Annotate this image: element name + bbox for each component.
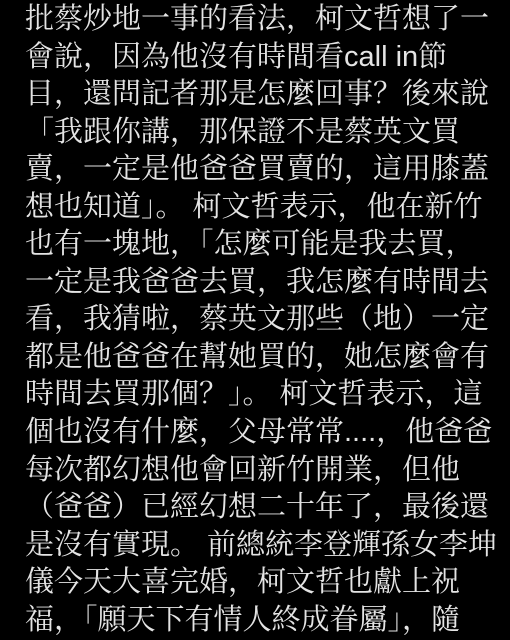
text-line: 「我跟你講，那保證不是蔡英文買 [25, 114, 510, 152]
text-line: 會說，因為他沒有時間看call in節 [25, 39, 510, 77]
text-line: 看，我猜啦，蔡英文那些（地）一定 [25, 301, 510, 339]
text-line: 是沒有實現。 前總統李登輝孫女李坤 [25, 527, 510, 565]
text-line: 目，還問記者那是怎麼回事？後來說 [25, 76, 510, 114]
text-line: 一定是我爸爸去買，我怎麼有時間去 [25, 264, 510, 302]
text-line: 想也知道」。 柯文哲表示，他在新竹 [25, 189, 510, 227]
text-line: 每次都幻想他會回新竹開業，但他 [25, 452, 510, 490]
text-line: 都是他爸爸在幫她買的，她怎麼會有 [25, 339, 510, 377]
text-line: 賣，一定是他爸爸買賣的，這用膝蓋 [25, 151, 510, 189]
text-line: （爸爸）已經幻想二十年了，最後還 [25, 489, 510, 527]
text-line: 批蔡炒地一事的看法，柯文哲想了一 [25, 1, 510, 39]
text-line: 時間去買那個？」。 柯文哲表示，這 [25, 376, 510, 414]
text-line: 個也沒有什麼，父母常常....，他爸爸 [25, 414, 510, 452]
text-line: 福，「願天下有情人終成眷屬」，隨 [25, 602, 510, 640]
text-line: 也有一塊地，「怎麼可能是我去買， [25, 226, 510, 264]
article-text-block: 批蔡炒地一事的看法，柯文哲想了一 會說，因為他沒有時間看call in節 目，還… [0, 0, 510, 640]
text-line: 儀今天大喜完婚，柯文哲也獻上祝 [25, 564, 510, 602]
